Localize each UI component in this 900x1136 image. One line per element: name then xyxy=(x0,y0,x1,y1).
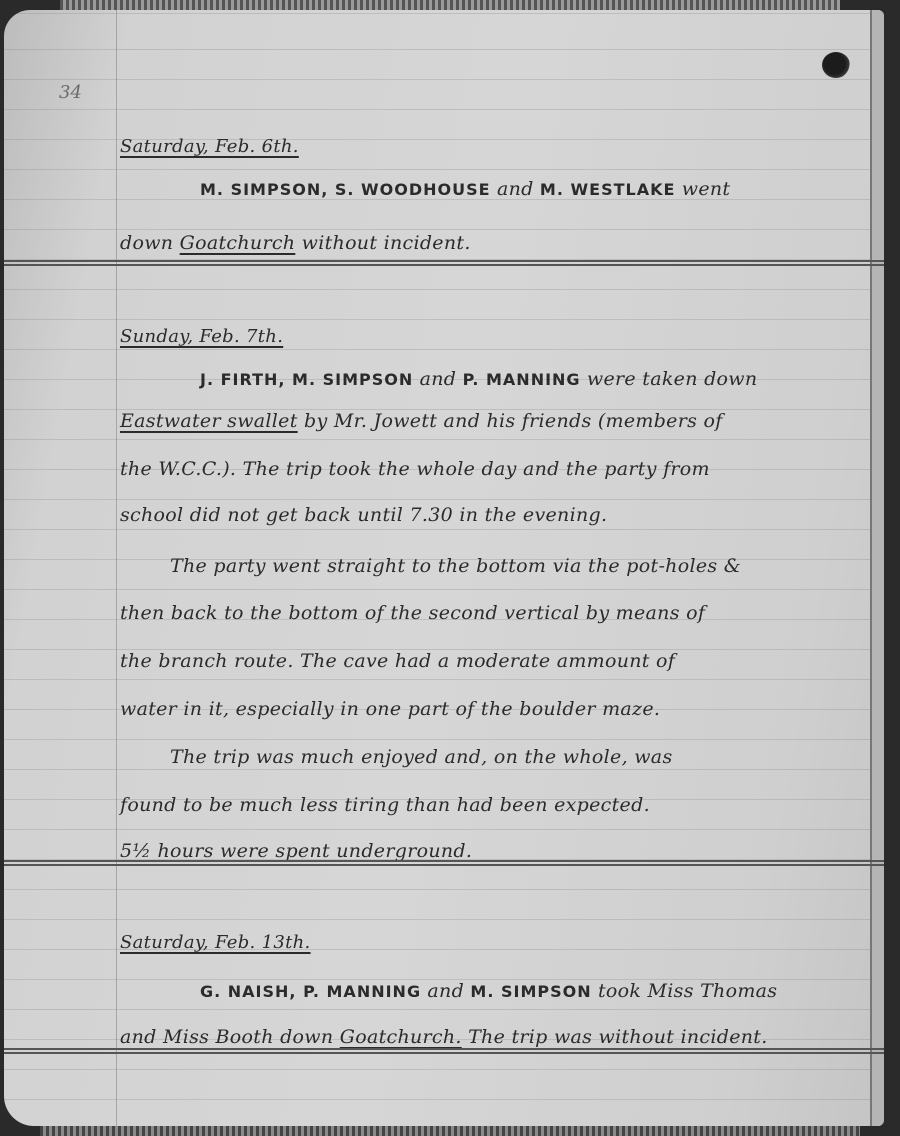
text-run: went xyxy=(675,178,730,200)
entry-line: the W.C.C.). The trip took the whole day… xyxy=(120,458,872,480)
entry-line: Eastwater swallet by Mr. Jowett and his … xyxy=(120,410,872,432)
entry-line: J. FIRTH, M. SIMPSON and P. MANNING were… xyxy=(120,368,872,390)
person-names: M. SIMPSON, S. WOODHOUSE xyxy=(200,180,491,199)
text-run: The party went straight to the bottom vi… xyxy=(170,555,741,577)
text-run: the branch route. The cave had a moderat… xyxy=(120,650,675,672)
section-divider xyxy=(4,1048,884,1054)
binding-bottom xyxy=(40,1126,860,1136)
notebook-page: 34 Saturday, Feb. 6th. M. SIMPSON, S. WO… xyxy=(4,10,884,1126)
person-names: J. FIRTH, M. SIMPSON xyxy=(200,370,413,389)
entry-date: Saturday, Feb. 13th. xyxy=(120,932,872,953)
text-run: the W.C.C.). The trip took the whole day… xyxy=(120,458,710,480)
entry-line: The trip was much enjoyed and, on the wh… xyxy=(120,746,872,768)
entry-line: The party went straight to the bottom vi… xyxy=(120,555,872,577)
text-run: and xyxy=(421,980,470,1002)
entry-line: the branch route. The cave had a moderat… xyxy=(120,650,872,672)
entry-line: G. NAISH, P. MANNING and M. SIMPSON took… xyxy=(120,980,872,1002)
person-names: G. NAISH, P. MANNING xyxy=(200,982,421,1001)
entry-line: found to be much less tiring than had be… xyxy=(120,794,872,816)
entry-line: and Miss Booth down Goatchurch. The trip… xyxy=(120,1026,872,1048)
entry-line: M. SIMPSON, S. WOODHOUSE and M. WESTLAKE… xyxy=(120,178,872,200)
text-run: found to be much less tiring than had be… xyxy=(120,794,650,816)
text-run: water in it, especially in one part of t… xyxy=(120,698,660,720)
text-run: then back to the bottom of the second ve… xyxy=(120,602,705,624)
text-run: The trip was much enjoyed and, on the wh… xyxy=(170,746,673,768)
text-run: took Miss Thomas xyxy=(592,980,778,1002)
text-run: and xyxy=(413,368,462,390)
section-divider xyxy=(4,860,884,866)
text-run: school did not get back until 7.30 in th… xyxy=(120,504,607,526)
punch-hole xyxy=(822,52,850,78)
section-divider xyxy=(4,260,884,266)
text-run: down xyxy=(120,232,180,254)
text-run: and xyxy=(491,178,540,200)
page-number: 34 xyxy=(59,82,82,103)
entry-line: water in it, especially in one part of t… xyxy=(120,698,872,720)
cave-name: Goatchurch. xyxy=(340,1026,462,1048)
person-names: P. MANNING xyxy=(463,370,581,389)
entry-line: then back to the bottom of the second ve… xyxy=(120,602,872,624)
text-run: The trip was without incident. xyxy=(462,1026,768,1048)
cave-name: Eastwater swallet xyxy=(120,410,298,432)
margin-line xyxy=(116,10,117,1126)
entry-line: 5½ hours were spent underground. xyxy=(120,840,872,862)
entry-line: down Goatchurch without incident. xyxy=(120,232,872,254)
text-run: 5½ hours were spent underground. xyxy=(120,840,472,862)
entry-date: Saturday, Feb. 6th. xyxy=(120,136,872,157)
person-names: M. SIMPSON xyxy=(470,982,591,1001)
cave-name: Goatchurch xyxy=(180,232,296,254)
text-run: were taken down xyxy=(581,368,758,390)
person-names: M. WESTLAKE xyxy=(540,180,676,199)
text-run: and Miss Booth down xyxy=(120,1026,340,1048)
text-run: by Mr. Jowett and his friends (members o… xyxy=(298,410,723,432)
entry-line: school did not get back until 7.30 in th… xyxy=(120,504,872,526)
binding-top xyxy=(60,0,840,10)
page-edge xyxy=(870,10,884,1126)
text-run: without incident. xyxy=(295,232,470,254)
entry-date: Sunday, Feb. 7th. xyxy=(120,326,872,347)
